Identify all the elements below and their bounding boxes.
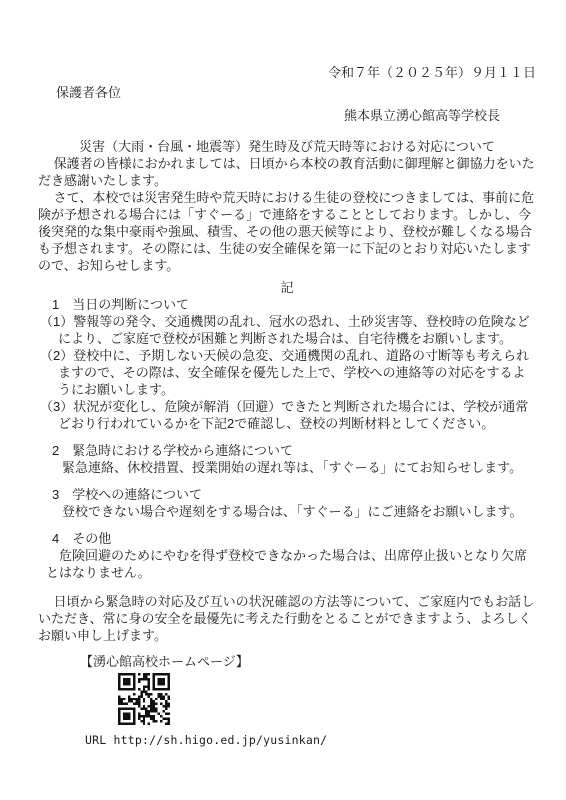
section-4-heading: 4 その他: [38, 530, 536, 547]
homepage-url-text: URL http://sh.higo.ed.jp/yusinkan/: [38, 732, 536, 749]
record-marker: 記: [38, 279, 536, 296]
section-1-same-day-judgment: 1 当日の判断について （1）警報等の発令、交通機関の乱れ、冠水の恐れ、土砂災害…: [38, 296, 536, 432]
section-1-heading: 1 当日の判断について: [38, 296, 536, 313]
document-title: 災害（大雨・台風・地震等）発生時及び荒天時等における対応について: [38, 138, 536, 155]
section-4-others: 4 その他 危険回避のためにやむを得ず登校できなかった場合は、出席停止扱いとなり…: [38, 530, 536, 581]
section-2-body: 緊急連絡、休校措置、授業開始の遅れ等は、「すぐーる」にてお知らせします。: [38, 459, 536, 476]
section-3-contact-to-school: 3 学校への連絡について 登校できない場合や遅刻をする場合は、「すぐーる」にご連…: [38, 486, 536, 520]
section-3-heading: 3 学校への連絡について: [38, 486, 536, 503]
intro-paragraph-1: 保護者の皆様におかれましては、日頃から本校の教育活動に御理解と御協力をいただき感…: [38, 155, 536, 189]
qr-code: [118, 673, 170, 725]
intro-paragraph-2: さて、本校では災害発生時や荒天時における生徒の登校につきましては、事前に危険が予…: [38, 189, 536, 274]
section-1-item-3: （3）状況が変化し、危険が解消（回避）できたと判断された場合には、学校が通常どお…: [40, 398, 536, 432]
section-1-item-1: （1）警報等の発令、交通機関の乱れ、冠水の恐れ、土砂災害等、登校時の危険などによ…: [40, 313, 536, 347]
homepage-label: 【湧心館高校ホームページ】: [38, 653, 536, 670]
sender-school-principal: 熊本県立湧心館高等学校長: [38, 107, 536, 124]
section-4-body: 危険回避のためにやむを得ず登校できなかった場合は、出席停止扱いとなり欠席とはなり…: [38, 547, 536, 581]
section-2-emergency-contact-from-school: 2 緊急時における学校から連絡について 緊急連絡、休校措置、授業開始の遅れ等は、…: [38, 442, 536, 476]
addressee: 保護者各位: [38, 84, 536, 101]
section-3-body: 登校できない場合や遅刻をする場合は、「すぐーる」にご連絡をお願いします。: [38, 503, 536, 520]
closing-paragraph: 日頃から緊急時の対応及び互いの状況確認の方法等について、ご家庭内でもお話しいただ…: [38, 593, 536, 644]
section-2-heading: 2 緊急時における学校から連絡について: [38, 442, 536, 459]
document-date: 令和７年（２０２５年）９月１１日: [38, 64, 536, 81]
qr-code-image: [118, 673, 170, 725]
document-page: 令和７年（２０２５年）９月１１日 保護者各位 熊本県立湧心館高等学校長 災害（大…: [0, 0, 566, 800]
section-1-item-2: （2）登校中に、予期しない天候の急変、交通機関の乱れ、道路の寸断等も考えられます…: [40, 347, 536, 398]
